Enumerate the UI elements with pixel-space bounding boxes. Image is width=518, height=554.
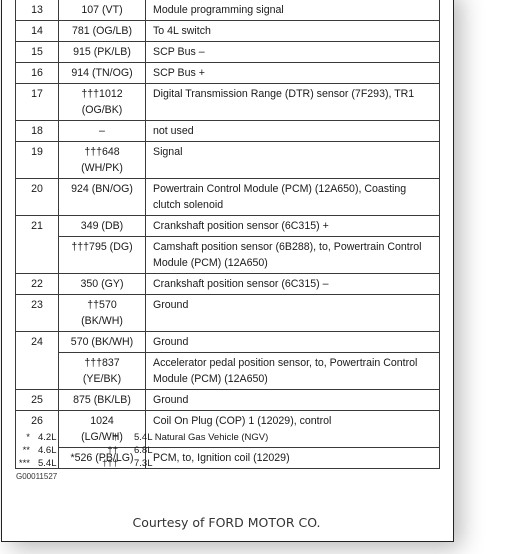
circuit-description: SCP Bus + bbox=[146, 63, 440, 84]
legend-value: 4.2L bbox=[38, 431, 57, 444]
pin-number: 25 bbox=[16, 390, 59, 411]
table-row: 20924 (BN/OG)Powertrain Control Module (… bbox=[16, 179, 440, 216]
legend: *4.2L†5.4L Natural Gas Vehicle (NGV)**4.… bbox=[16, 431, 57, 483]
pin-number: 23 bbox=[16, 295, 59, 332]
pin-number: 17 bbox=[16, 84, 59, 121]
legend-value: 5.4L bbox=[38, 457, 57, 470]
legend-value: 4.6L bbox=[38, 444, 57, 457]
table-row: 13107 (VT)Module programming signal bbox=[16, 0, 440, 21]
circuit-wire: – bbox=[59, 121, 146, 142]
circuit-wire: ††570 (BK/WH) bbox=[59, 295, 146, 332]
circuit-wire: †††648 (WH/PK) bbox=[59, 142, 146, 179]
pin-number: 22 bbox=[16, 274, 59, 295]
circuit-wire: 570 (BK/WH) bbox=[59, 332, 146, 353]
table-row: 21349 (DB)Crankshaft position sensor (6C… bbox=[16, 216, 440, 237]
table-row: 15915 (PK/LB)SCP Bus – bbox=[16, 42, 440, 63]
legend-symbol: ** bbox=[16, 444, 30, 457]
table-row: 22350 (GY)Crankshaft position sensor (6C… bbox=[16, 274, 440, 295]
circuit-wire: 915 (PK/LB) bbox=[59, 42, 146, 63]
connector-pinout-table: 13107 (VT)Module programming signal14781… bbox=[15, 0, 440, 469]
circuit-wire: 914 (TN/OG) bbox=[59, 63, 146, 84]
circuit-wire: 924 (BN/OG) bbox=[59, 179, 146, 216]
circuit-wire: 349 (DB) bbox=[59, 216, 146, 237]
table-row: 24570 (BK/WH)Ground bbox=[16, 332, 440, 353]
circuit-wire: 350 (GY) bbox=[59, 274, 146, 295]
pin-number: 19 bbox=[16, 142, 59, 179]
pin-number: 20 bbox=[16, 179, 59, 216]
pin-number: 13 bbox=[16, 0, 59, 21]
circuit-wire: 781 (OG/LB) bbox=[59, 21, 146, 42]
table-row: 14781 (OG/LB)To 4L switch bbox=[16, 21, 440, 42]
pin-number: 14 bbox=[16, 21, 59, 42]
circuit-description: Module programming signal bbox=[146, 0, 440, 21]
circuit-description: Crankshaft position sensor (6C315) + bbox=[146, 216, 440, 237]
circuit-description: Powertrain Control Module (PCM) (12A650)… bbox=[146, 179, 440, 216]
table-row: 18–not used bbox=[16, 121, 440, 142]
table-row: †††795 (DG)Camshaft position sensor (6B2… bbox=[16, 237, 440, 274]
pin-number: 18 bbox=[16, 121, 59, 142]
circuit-description: Ground bbox=[146, 295, 440, 332]
circuit-description: not used bbox=[146, 121, 440, 142]
pin-number: 24 bbox=[16, 332, 59, 390]
pin-number: 15 bbox=[16, 42, 59, 63]
circuit-wire: †††795 (DG) bbox=[59, 237, 146, 274]
circuit-description: Digital Transmission Range (DTR) sensor … bbox=[146, 84, 440, 121]
circuit-description: Crankshaft position sensor (6C315) – bbox=[146, 274, 440, 295]
legend-row: *4.2L†5.4L Natural Gas Vehicle (NGV) bbox=[16, 431, 57, 444]
circuit-description: Camshaft position sensor (6B288), to, Po… bbox=[146, 237, 440, 274]
legend-row: ***5.4L†††7.3L bbox=[16, 457, 57, 470]
legend-value: 6.8L bbox=[134, 444, 153, 457]
courtesy-caption: Courtesy of FORD MOTOR CO. bbox=[0, 515, 453, 530]
legend-row: **4.6L††6.8L bbox=[16, 444, 57, 457]
circuit-description: PCM, to, Ignition coil (12029) bbox=[146, 448, 440, 469]
pin-number: 16 bbox=[16, 63, 59, 84]
legend-value: 5.4L Natural Gas Vehicle (NGV) bbox=[134, 431, 268, 444]
table-row: 17†††1012 (OG/BK)Digital Transmission Ra… bbox=[16, 84, 440, 121]
circuit-wire: †††837 (YE/BK) bbox=[59, 353, 146, 390]
circuit-wire: 107 (VT) bbox=[59, 0, 146, 21]
table-row: †††837 (YE/BK)Accelerator pedal position… bbox=[16, 353, 440, 390]
circuit-description: Ground bbox=[146, 332, 440, 353]
circuit-wire: †††1012 (OG/BK) bbox=[59, 84, 146, 121]
circuit-wire: 875 (BK/LB) bbox=[59, 390, 146, 411]
legend-symbol: * bbox=[16, 431, 30, 444]
circuit-description: To 4L switch bbox=[146, 21, 440, 42]
table-row: 19†††648 (WH/PK)Signal bbox=[16, 142, 440, 179]
table-row: 16914 (TN/OG)SCP Bus + bbox=[16, 63, 440, 84]
circuit-description: SCP Bus – bbox=[146, 42, 440, 63]
legend-value: 7.3L bbox=[134, 457, 153, 470]
table-row: 25875 (BK/LB)Ground bbox=[16, 390, 440, 411]
legend-symbol: † bbox=[78, 431, 118, 444]
figure-code: G00011527 bbox=[16, 470, 57, 483]
circuit-description: Signal bbox=[146, 142, 440, 179]
circuit-description: Accelerator pedal position sensor, to, P… bbox=[146, 353, 440, 390]
legend-symbol: ††† bbox=[78, 457, 118, 470]
pin-number: 21 bbox=[16, 216, 59, 274]
legend-symbol: *** bbox=[16, 457, 30, 470]
legend-symbol: †† bbox=[78, 444, 118, 457]
circuit-description: Ground bbox=[146, 390, 440, 411]
table-row: 23††570 (BK/WH)Ground bbox=[16, 295, 440, 332]
